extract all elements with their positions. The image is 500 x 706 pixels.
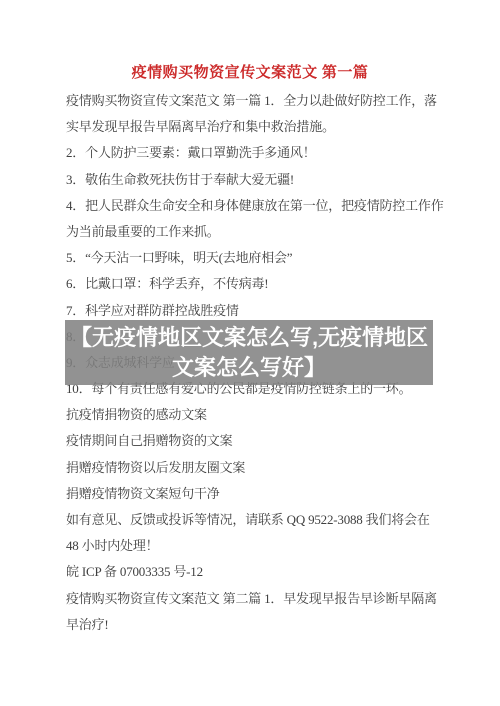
document-line: 疫情期间自己捐赠物资的文案: [66, 428, 466, 454]
watermark-overlay-text: 【无疫情地区文案怎么写,无疫情地区文案怎么写好】: [65, 323, 433, 383]
document-line: 2．个人防护三要素：戴口罩勤洗手多通风！: [66, 140, 466, 166]
document-line: 早治疗!: [66, 612, 466, 638]
watermark-overlay-banner: 【无疫情地区文案怎么写,无疫情地区文案怎么写好】: [65, 320, 433, 385]
document-page: 疫情购买物资宣传文案范文 第一篇 疫情购买物资宣传文案范文 第一篇 1．全力以赴…: [0, 0, 500, 706]
document-line: 如有意见、反馈或投诉等情况，请联系 QQ 9522-3088 我们将会在: [66, 507, 466, 533]
document-line: 实早发现早报告早隔离早治疗和集中救治措施。: [66, 114, 466, 140]
document-line: 48 小时内处理！: [66, 533, 466, 559]
document-title: 疫情购买物资宣传文案范文 第一篇: [0, 61, 500, 82]
document-line: 4．把人民群众生命安全和身体健康放在第一位，把疫情防控工作作: [66, 193, 466, 219]
document-line: 捐赠疫情物资以后发朋友圈文案: [66, 455, 466, 481]
document-line: 为当前最重要的工作来抓。: [66, 219, 466, 245]
document-line: 5．“今天沾一口野味，明天(去地府相会”: [66, 245, 466, 271]
document-line: 疫情购买物资宣传文案范文 第一篇 1．全力以赴做好防控工作，落: [66, 88, 466, 114]
document-line: 3．敬佑生命救死扶伤甘于奉献大爱无疆!: [66, 167, 466, 193]
icp-license-line: 皖 ICP 备 07003335 号-12: [66, 559, 466, 585]
document-line: 疫情购买物资宣传文案范文 第二篇 1．早发现早报告早诊断早隔离: [66, 586, 466, 612]
document-line: 捐赠疫情物资文案短句干净: [66, 481, 466, 507]
document-line: 抗疫情捐物资的感动文案: [66, 402, 466, 428]
document-line: 6．比戴口罩：科学丢弃，不传病毒!: [66, 271, 466, 297]
